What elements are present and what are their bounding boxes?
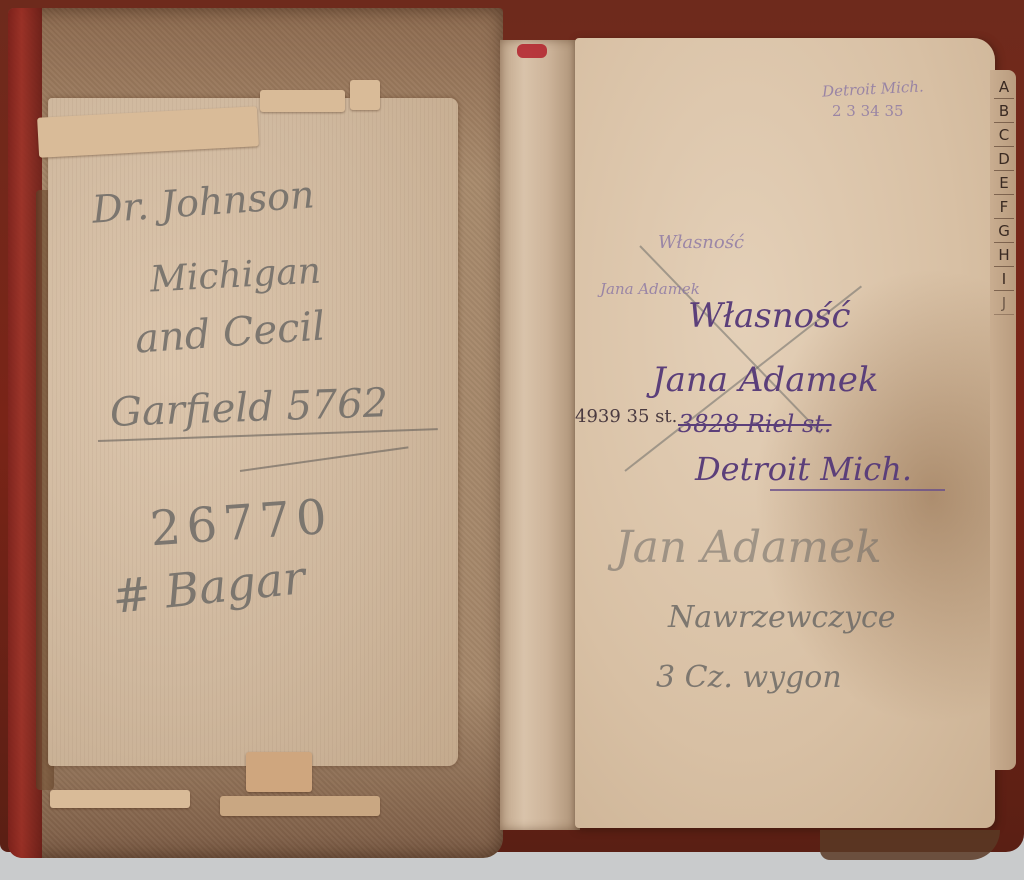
struck-address: 3828 Riel st. (678, 410, 832, 438)
torn-paper-strip (246, 752, 312, 792)
top-right-note-line-2: 2 3 34 35 (832, 102, 904, 120)
pencil-note-line-1: Jan Adamek (615, 522, 882, 573)
faint-inscription-line-2: Jana Adamek (600, 280, 700, 298)
index-tab-c[interactable]: C (994, 124, 1014, 147)
notebook-photo: Dr. Johnson Michigan and Cecil Garfield … (0, 0, 1024, 880)
torn-paper-strip (350, 80, 380, 110)
index-tab-h[interactable]: H (994, 244, 1014, 267)
index-tab-g[interactable]: G (994, 220, 1014, 243)
pencil-note-line-3: 3 Cz. wygon (656, 660, 842, 695)
left-line-4: Garfield 5762 (109, 380, 389, 436)
torn-paper-strip (50, 790, 190, 808)
ownership-city: Detroit Mich. (695, 450, 912, 488)
margin-number: 4939 35 st. (575, 406, 677, 427)
ink-underline (770, 489, 945, 491)
red-binding-thread (517, 44, 547, 58)
index-tab-j[interactable]: J (994, 292, 1014, 315)
index-tab-i[interactable]: I (994, 268, 1014, 291)
cover-flap-shadow (820, 830, 1000, 860)
ownership-line-1: Własność (688, 296, 851, 336)
index-tab-d[interactable]: D (994, 148, 1014, 171)
index-tab-e[interactable]: E (994, 172, 1014, 195)
book-spine (500, 40, 580, 830)
torn-paper-strip (260, 90, 345, 112)
pencil-note-line-2: Nawrzewczyce (668, 600, 896, 635)
faint-inscription-line-1: Własność (658, 232, 744, 253)
index-tab-f[interactable]: F (994, 196, 1014, 219)
ownership-line-2: Jana Adamek (652, 360, 878, 400)
torn-paper-strip (220, 796, 380, 816)
index-tab-a[interactable]: A (994, 76, 1014, 99)
index-tab-b[interactable]: B (994, 100, 1014, 123)
